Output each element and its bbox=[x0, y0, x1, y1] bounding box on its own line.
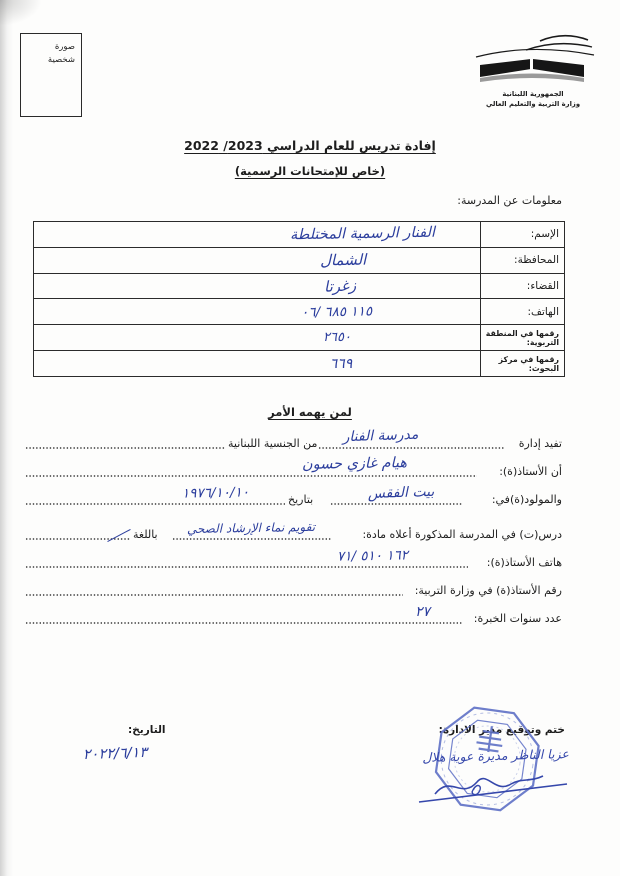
teacher-name-handwriting: هيام غازي حسون bbox=[272, 455, 437, 474]
row-label: القضاء: bbox=[480, 274, 564, 299]
dotted-leader bbox=[25, 565, 468, 569]
letter-heading: لمن يهمه الأمر bbox=[0, 405, 620, 419]
research-number-handwriting: ٦٦٩ bbox=[330, 356, 353, 372]
dotted-leader bbox=[25, 593, 403, 597]
school-name-handwriting: الفنار الرسمية المختلطة bbox=[289, 225, 434, 244]
scanned-document-page: صورة شخصية الجمهورية اللبنانية وزارة الت… bbox=[0, 0, 620, 876]
governorate-handwriting: الشمال bbox=[320, 251, 367, 270]
dotted-leader bbox=[25, 446, 225, 450]
row-label: رقمها في مركز البحوث: bbox=[480, 351, 564, 376]
table-row: المحافظة: الشمال bbox=[34, 247, 564, 273]
photo-box-label-line2: شخصية bbox=[21, 54, 75, 67]
dotted-leader bbox=[25, 474, 477, 478]
ministry-number-label: رقم الأستاذ(ة) في وزارة التربية: bbox=[415, 584, 562, 597]
row-label: رقمها في المنطقة التربوية: bbox=[480, 325, 564, 350]
experience-handwriting: ٢٧ bbox=[395, 604, 450, 620]
row-label: الهاتف: bbox=[480, 299, 564, 324]
district-handwriting: زغرتا bbox=[324, 276, 357, 296]
nationality-text: من الجنسية اللبنانية bbox=[228, 437, 317, 450]
birthdate-handwriting: ١٩٧٦/١٠/١٠ bbox=[148, 484, 283, 502]
table-row: الهاتف: ٠٦/ ٦٨٥ ١١٥ bbox=[34, 298, 564, 324]
logo-country-name: الجمهورية اللبنانية bbox=[468, 89, 598, 99]
table-row: القضاء: زغرتا bbox=[34, 273, 564, 299]
teacher-name-label: أن الأستاذ(ة): bbox=[499, 465, 562, 478]
table-row: الإسم: الفنار الرسمية المختلطة bbox=[34, 222, 564, 247]
document-subtitle: (خاص للإمتحانات الرسمية) bbox=[0, 164, 620, 178]
dotted-leader bbox=[25, 502, 285, 506]
school-info-table: الإسم: الفنار الرسمية المختلطة المحافظة:… bbox=[33, 221, 565, 377]
dotted-leader bbox=[25, 621, 462, 625]
dotted-leader bbox=[172, 537, 332, 541]
birthdate-label: بتاريخ bbox=[288, 493, 313, 506]
open-book-icon bbox=[468, 33, 598, 85]
school-info-heading: معلومات عن المدرسة: bbox=[457, 194, 562, 207]
table-row: رقمها في مركز البحوث: ٦٦٩ bbox=[34, 350, 564, 376]
subject-handwriting: تقويم نماء الإرشاد الصحي bbox=[168, 520, 334, 537]
school-name-line-handwriting: مدرسة الفنار bbox=[318, 426, 443, 446]
experience-label: عدد سنوات الخبرة: bbox=[474, 612, 562, 625]
subject-label: درس(ت) في المدرسة المذكورة أعلاه مادة: bbox=[362, 528, 562, 541]
birthplace-label: والمولود(ة)في: bbox=[492, 493, 562, 506]
logo-ministry-name: وزارة التربية والتعليم العالي bbox=[468, 99, 598, 109]
ministry-logo: الجمهورية اللبنانية وزارة التربية والتعل… bbox=[468, 33, 598, 109]
table-row: رقمها في المنطقة التربوية: ٢٦٥٠ bbox=[34, 324, 564, 350]
document-title: إفادة تدريس للعام الدراسي 2023/ 2022 bbox=[0, 138, 620, 153]
scan-edge-shadow bbox=[0, 0, 13, 876]
date-handwriting: ٢٠٢٢/٦/١٣ bbox=[60, 744, 170, 764]
row-label: الإسم: bbox=[480, 222, 564, 247]
language-label: باللغة bbox=[133, 528, 158, 541]
date-label: التاريخ: bbox=[128, 724, 166, 736]
line1-prefix: تفيد إدارة bbox=[519, 437, 562, 450]
school-phone-handwriting: ٠٦/ ٦٨٥ ١١٥ bbox=[301, 303, 372, 320]
photo-box-label-line1: صورة bbox=[21, 41, 75, 54]
teacher-phone-handwriting: ٧١/ ٥١٠ ١٦٢ bbox=[300, 547, 445, 566]
scan-corner-shadow bbox=[0, 0, 42, 26]
birthplace-handwriting: بيت الفقس bbox=[345, 483, 457, 503]
dotted-leader bbox=[318, 446, 505, 450]
teacher-phone-label: هاتف الأستاذ(ة): bbox=[487, 556, 562, 569]
photo-box: صورة شخصية bbox=[20, 33, 82, 117]
signature-scribble bbox=[415, 768, 575, 808]
director-signature-name: عزيا الناظر مديرة عوية هلال bbox=[418, 746, 573, 765]
row-label: المحافظة: bbox=[480, 248, 564, 273]
zone-number-handwriting: ٢٦٥٠ bbox=[323, 330, 351, 345]
